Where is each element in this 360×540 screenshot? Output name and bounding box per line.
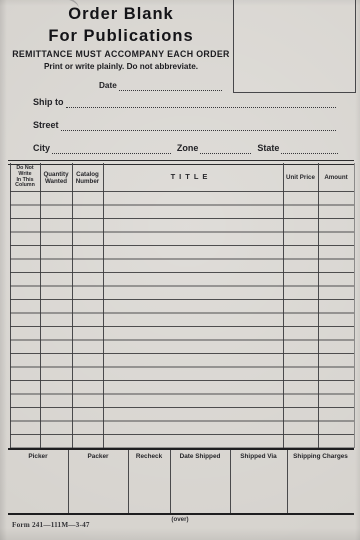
street-field: Street [33, 120, 336, 131]
date-label: Date [99, 80, 119, 91]
form-number: Form 241—111M—3-47 [12, 521, 90, 529]
ship-to-field: Ship to [33, 97, 336, 108]
header-picker: Picker [8, 453, 68, 460]
zone-input-line[interactable] [200, 143, 251, 154]
city-input-line[interactable] [52, 143, 171, 154]
remittance-note: REMITTANCE MUST ACCOMPANY EACH ORDER [0, 49, 242, 59]
form-title-line2: For Publications [0, 27, 242, 46]
state-label: State [251, 143, 281, 154]
header-do-not-write: Do Not Write In This Column [11, 166, 39, 189]
office-use-box [233, 0, 356, 93]
section-divider [8, 160, 354, 165]
header-recheck: Recheck [128, 453, 170, 460]
city-label: City [33, 143, 52, 154]
header-shipped-via: Shipped Via [230, 453, 287, 460]
date-input-line[interactable] [119, 80, 222, 91]
header-date-shipped: Date Shipped [170, 453, 230, 460]
header-packer: Packer [68, 453, 128, 460]
header-catalog-number: Catalog Number [73, 172, 102, 186]
state-input-line[interactable] [281, 143, 338, 154]
header-shipping-charges: Shipping Charges [287, 453, 354, 460]
zone-label: Zone [171, 143, 201, 154]
order-rows-write-area[interactable] [10, 191, 354, 448]
instructions-note: Print or write plainly. Do not abbreviat… [0, 62, 242, 71]
ship-to-label: Ship to [33, 97, 66, 108]
shipping-table-top-rule [8, 448, 354, 450]
header-quantity-wanted: Quantity Wanted [41, 172, 71, 186]
street-label: Street [33, 120, 61, 131]
header-unit-price: Unit Price [284, 175, 317, 182]
form-title-line1: Order Blank [0, 5, 242, 24]
header-amount: Amount [319, 175, 353, 182]
city-zone-state-field: City Zone State [33, 143, 338, 154]
ship-to-input-line[interactable] [66, 97, 337, 108]
header-title: TITLE [103, 173, 279, 181]
table-right-border [354, 163, 355, 448]
order-form-page: Order Blank For Publications REMITTANCE … [0, 0, 360, 540]
street-input-line[interactable] [61, 120, 336, 131]
date-field: Date [99, 80, 222, 91]
